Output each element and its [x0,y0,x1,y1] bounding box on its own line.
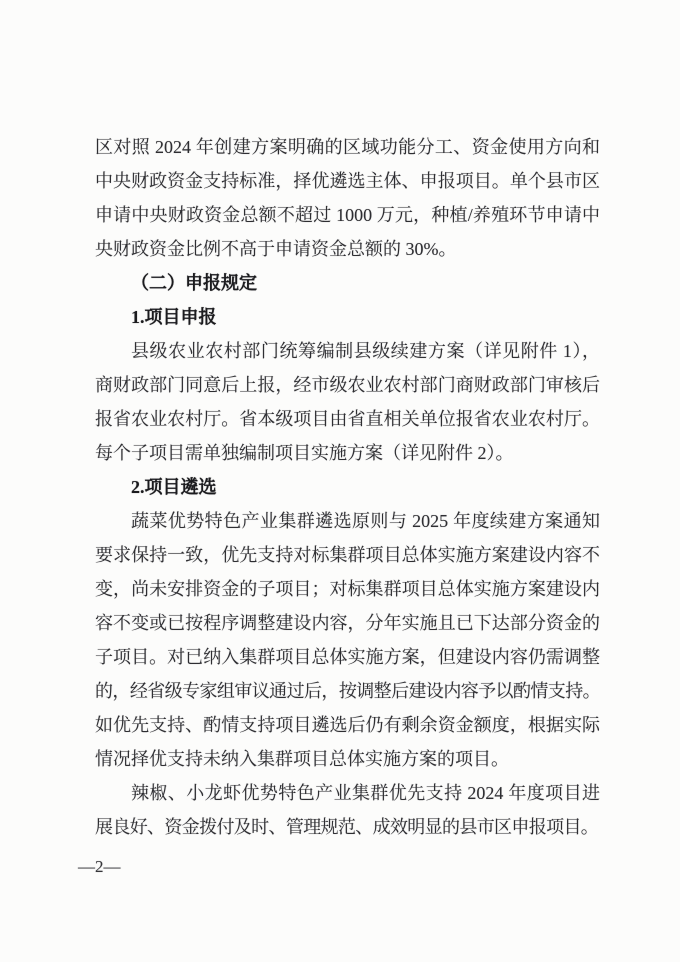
page-number: —2— [78,856,121,878]
body-line: 的，经省级专家组审议通过后，按调整后建设内容予以酌情支持。 [95,674,600,708]
body-line: 辣椒、小龙虾优势特色产业集群优先支持 2024 年度项目进 [95,776,600,810]
heading-project-declaration: 1.项目申报 [95,300,600,334]
body-line: 展良好、资金拨付及时、管理规范、成效明显的县市区申报项目。 [95,810,600,844]
body-line: 要求保持一致，优先支持对标集群项目总体实施方案建设内容不 [95,538,600,572]
heading-project-selection: 2.项目遴选 [95,470,600,504]
body-line: 每个子项目需单独编制项目实施方案（详见附件 2）。 [95,436,600,470]
body-line: 报省农业农村厅。省本级项目由省直相关单位报省农业农村厅。 [95,402,600,436]
body-line: 情况择优支持未纳入集群项目总体实施方案的项目。 [95,742,600,776]
body-line: 变，尚未安排资金的子项目；对标集群项目总体实施方案建设内 [95,572,600,606]
body-line: 区对照 2024 年创建方案明确的区域功能分工、资金使用方向和 [95,130,600,164]
document-body: 区对照 2024 年创建方案明确的区域功能分工、资金使用方向和 中央财政资金支持… [95,130,600,844]
body-line: 如优先支持、酌情支持项目遴选后仍有剩余资金额度，根据实际 [95,708,600,742]
document-page: 区对照 2024 年创建方案明确的区域功能分工、资金使用方向和 中央财政资金支持… [0,0,680,962]
body-line: 央财政资金比例不高于申请资金总额的 30%。 [95,232,600,266]
body-line: 县级农业农村部门统筹编制县级续建方案（详见附件 1）， [95,334,600,368]
body-line: 蔬菜优势特色产业集群遴选原则与 2025 年度续建方案通知 [95,504,600,538]
heading-application-rules: （二）申报规定 [95,266,600,300]
body-line: 中央财政资金支持标准，择优遴选主体、申报项目。单个县市区 [95,164,600,198]
body-line: 容不变或已按程序调整建设内容，分年实施且已下达部分资金的 [95,606,600,640]
body-line: 子项目。对已纳入集群项目总体实施方案，但建设内容仍需调整 [95,640,600,674]
body-line: 商财政部门同意后上报，经市级农业农村部门商财政部门审核后 [95,368,600,402]
body-line: 申请中央财政资金总额不超过 1000 万元，种植/养殖环节申请中 [95,198,600,232]
